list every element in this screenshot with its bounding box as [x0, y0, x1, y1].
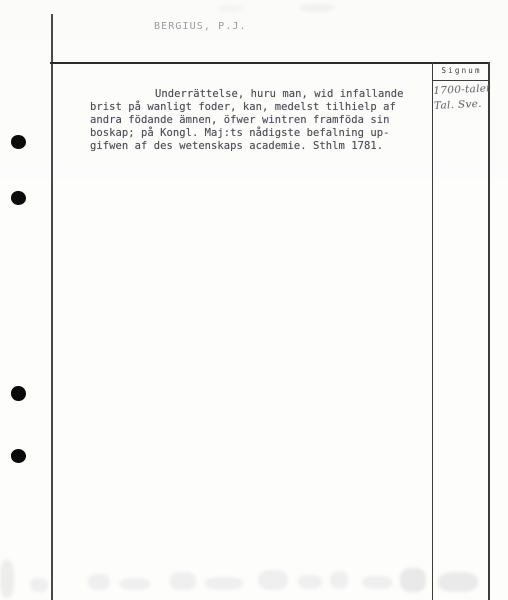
- author-heading: BERGIUS, P.J.: [154, 21, 247, 32]
- catalog-entry-line: brist på wanligt foder, kan, medelst til…: [90, 101, 420, 114]
- ghost-ink-smudge: [400, 568, 426, 592]
- ghost-ink-smudge: [30, 578, 48, 592]
- catalog-entry-line: boskap; på Kongl. Maj:ts nådigste befaln…: [90, 127, 420, 140]
- ghost-ink-smudge: [88, 574, 110, 590]
- catalog-entry-text: Underrättelse, huru man, wid infallandeb…: [90, 88, 420, 153]
- ghost-ink-smudge: [170, 572, 196, 590]
- ghost-ink-smudge: [300, 4, 334, 12]
- ghost-ink-smudge: [205, 577, 243, 590]
- signum-column-divider-line: [432, 62, 434, 600]
- signum-handwritten-line: Tal. Sve.: [434, 96, 491, 113]
- ghost-ink-smudge: [298, 575, 322, 589]
- card-right-border-line: [488, 62, 490, 600]
- punch-hole-dot: [11, 135, 26, 149]
- catalog-entry-line: andra födande ämnen, öfwer wintren framf…: [90, 114, 420, 127]
- ghost-ink-smudge: [218, 5, 244, 12]
- ghost-ink-smudge: [362, 576, 392, 589]
- punch-hole-dot: [10, 190, 27, 206]
- ghost-ink-smudge: [120, 578, 150, 590]
- signum-column-header: Signum: [432, 66, 489, 75]
- catalog-entry-line: Underrättelse, huru man, wid infallande: [90, 88, 420, 101]
- card-left-border-line: [51, 14, 53, 600]
- catalog-entry-line: gifwen af des wetenskaps academie. Sthlm…: [90, 140, 420, 153]
- punch-hole-dot: [11, 386, 26, 401]
- punch-hole-dot: [10, 448, 26, 463]
- card-top-border-line: [50, 62, 489, 64]
- catalog-card-scan: { "card": { "heading": "BERGIUS, P.J.", …: [0, 0, 508, 600]
- ghost-ink-smudge: [258, 570, 288, 590]
- ghost-ink-smudge: [0, 560, 14, 598]
- ghost-ink-smudge: [330, 571, 348, 589]
- signum-handwritten-classification: 1700-taletTal. Sve.: [433, 82, 490, 113]
- ghost-ink-smudge: [438, 572, 478, 592]
